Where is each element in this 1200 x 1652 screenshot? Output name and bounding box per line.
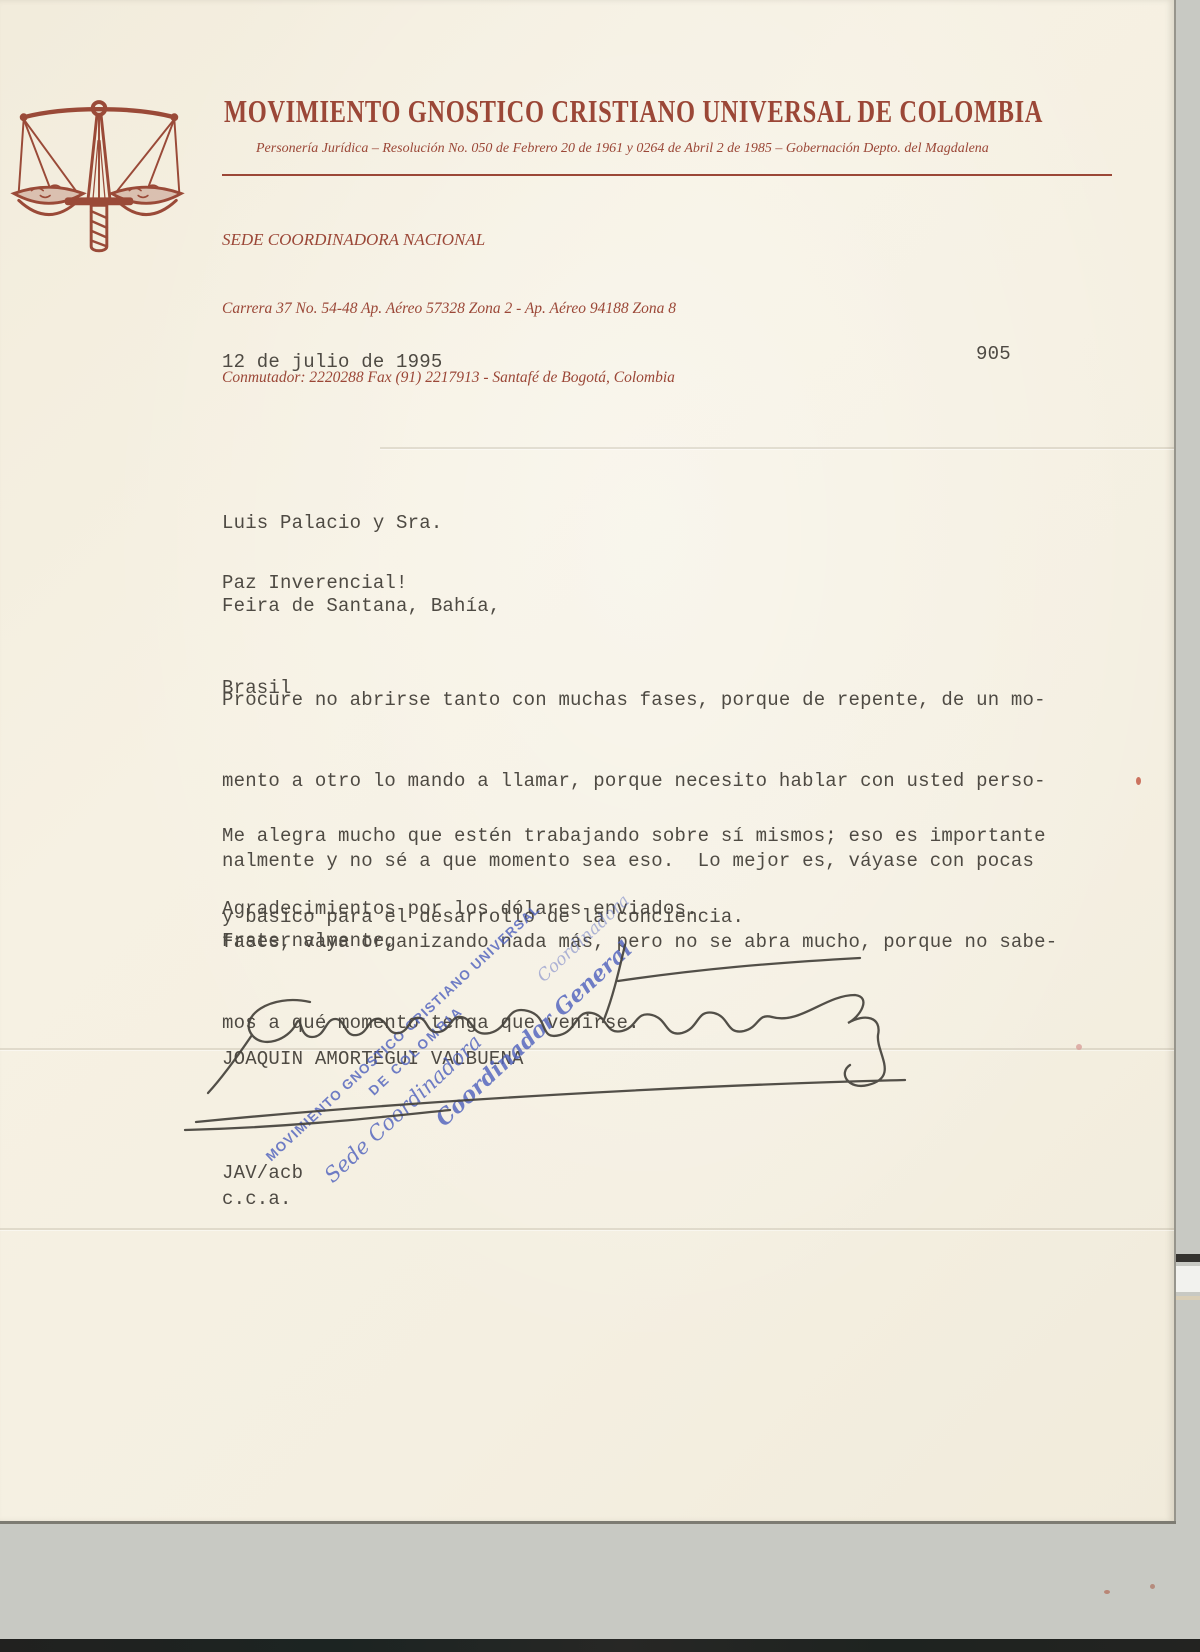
org-name: MOVIMIENTO GNOSTICO CRISTIANO UNIVERSAL … xyxy=(224,96,1043,131)
paper-crease xyxy=(380,447,1174,449)
scan-edge-mark xyxy=(1176,1254,1200,1262)
body-line: Procure no abrirse tanto con muchas fase… xyxy=(222,687,1057,714)
scan-bottom-bar xyxy=(0,1639,1200,1652)
scan-speck xyxy=(1150,1584,1155,1589)
ref-number: 905 xyxy=(976,341,1011,368)
handwritten-signature xyxy=(160,925,940,1155)
recipient-line: Luis Palacio y Sra. xyxy=(222,510,500,538)
scan-speck xyxy=(1104,1590,1110,1594)
ink-speck xyxy=(1136,777,1141,785)
ink-speck xyxy=(1076,1044,1082,1050)
legal-line: Personería Jurídica – Resolución No. 050… xyxy=(256,141,989,157)
scan-edge-line xyxy=(1176,1296,1200,1300)
letterhead-address-block: SEDE COORDINADORA NACIONAL Carrera 37 No… xyxy=(222,182,676,435)
scanned-letter: MOVIMIENTO GNOSTICO CRISTIANO UNIVERSAL … xyxy=(0,0,1200,1652)
scales-and-sword-icon xyxy=(6,82,192,262)
paper-crease xyxy=(0,1228,1174,1230)
scan-edge-band xyxy=(1176,1266,1200,1292)
paper-bottom-edge xyxy=(0,1521,1176,1524)
letterhead-rule xyxy=(222,174,1112,176)
date-line: 12 de julio de 1995 xyxy=(222,349,442,376)
salutation: Paz Inverencial! xyxy=(222,570,408,597)
office-title: SEDE COORDINADORA NACIONAL xyxy=(222,228,676,251)
letter-page: MOVIMIENTO GNOSTICO CRISTIANO UNIVERSAL … xyxy=(0,0,1176,1522)
address-line-1: Carrera 37 No. 54-48 Ap. Aéreo 57328 Zon… xyxy=(222,297,676,320)
